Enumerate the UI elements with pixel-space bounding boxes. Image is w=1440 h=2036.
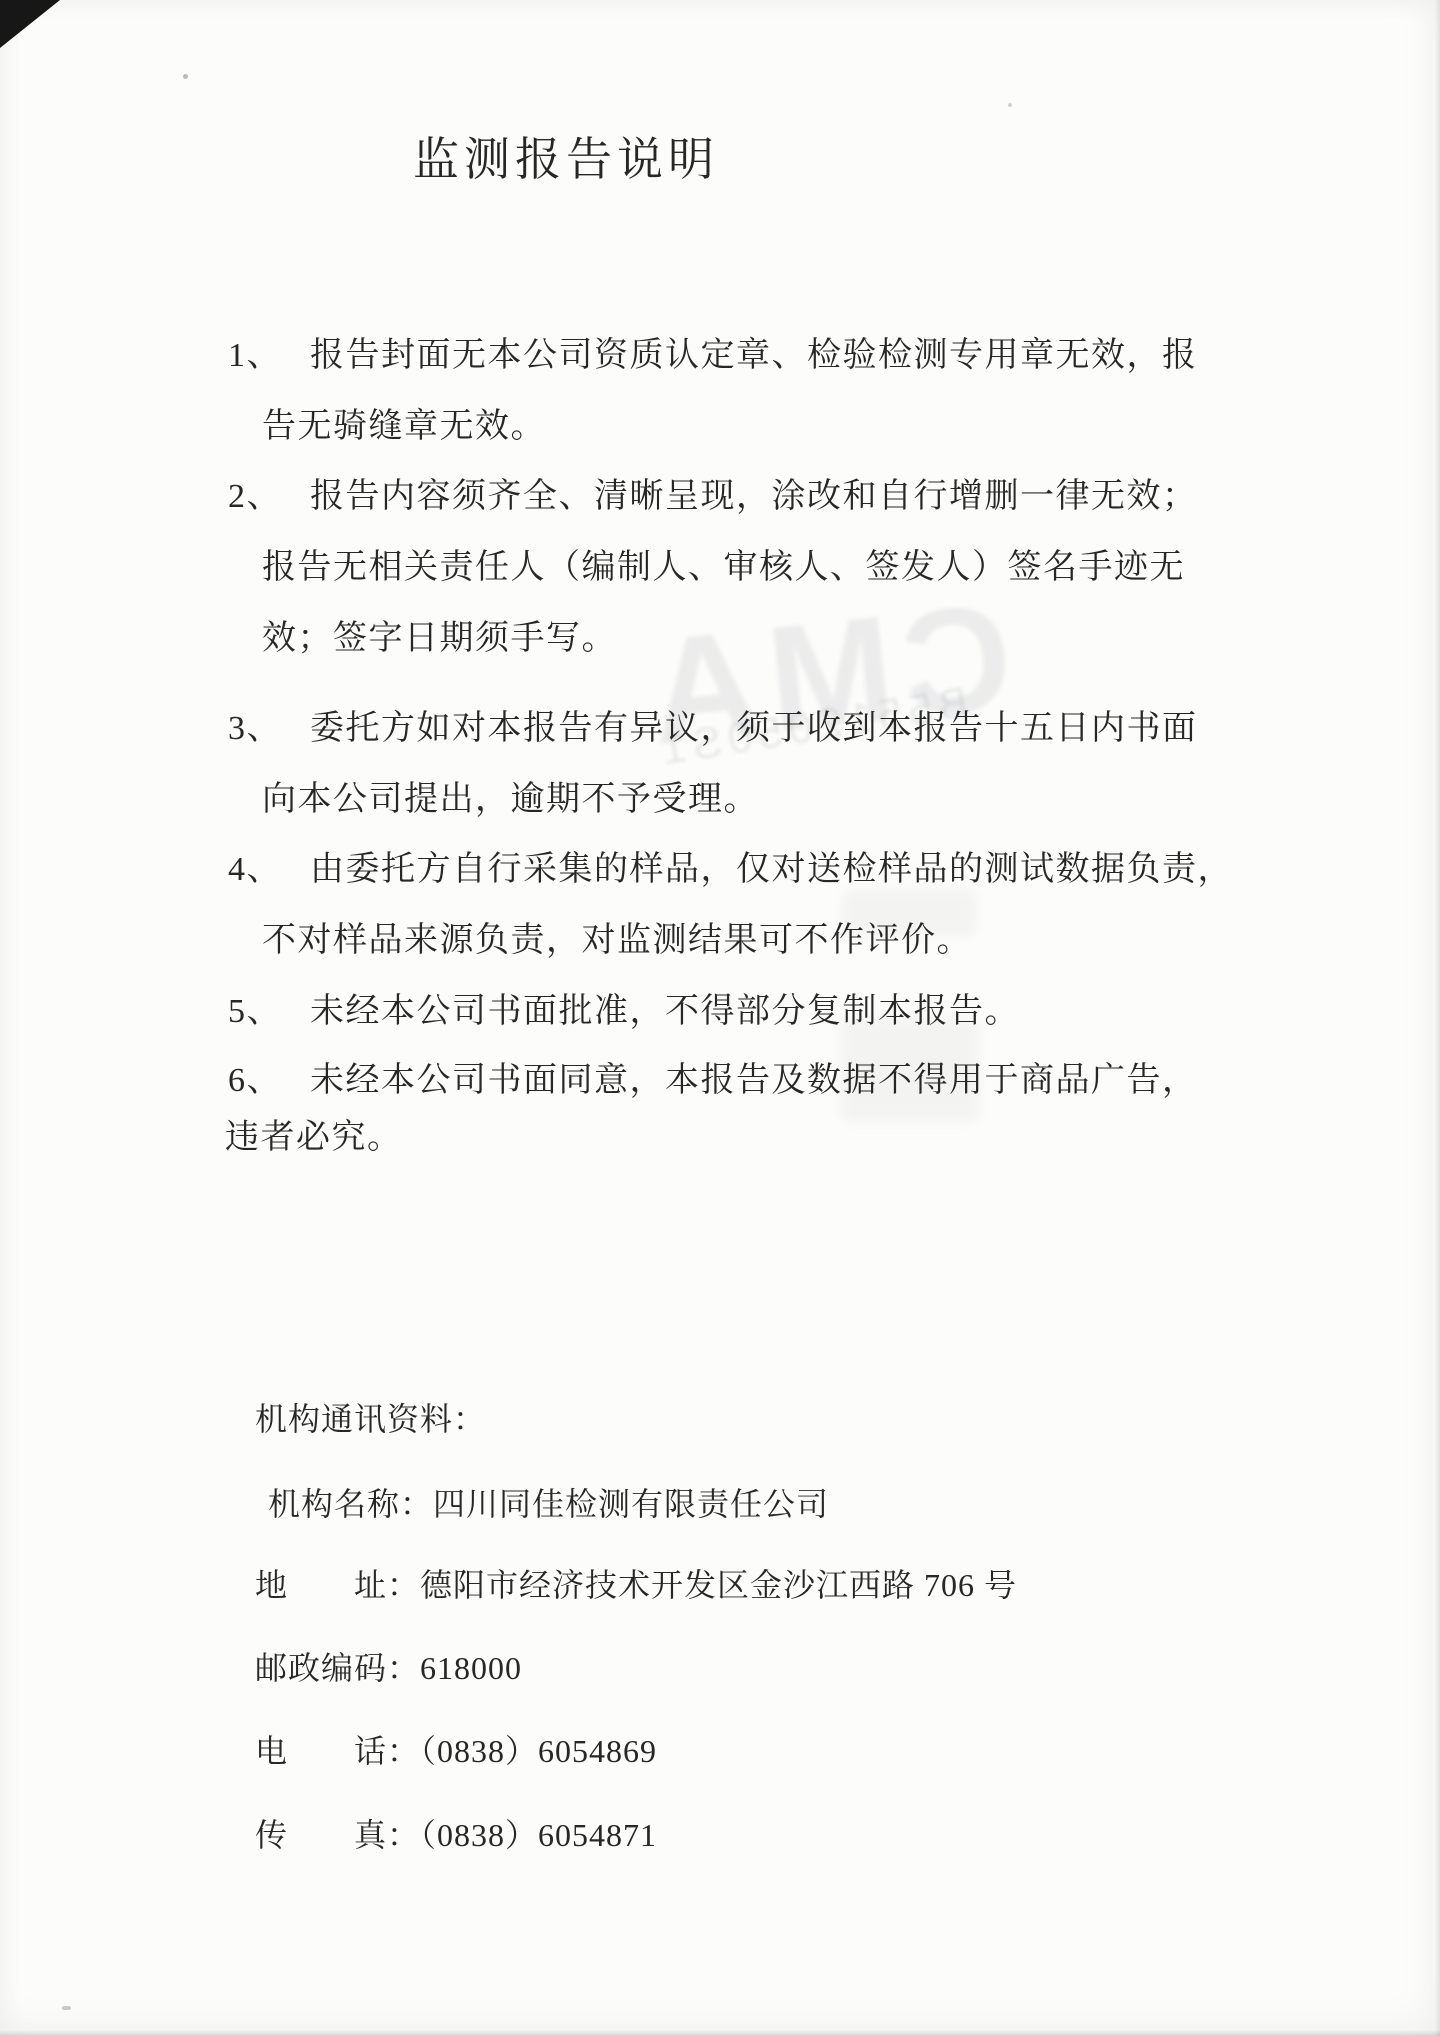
note-1-line-1: 1、报告封面无本公司资质认定章、检验检测专用章无效，报 [228,336,1198,376]
page-title: 监测报告说明 [0,132,1132,187]
note-3-line-2: 向本公司提出，逾期不予受理。 [262,780,759,820]
contact-value: （0838）6054871 [420,1817,657,1853]
contact-value: 四川同佳检测有限责任公司 [433,1486,829,1522]
note-4-line-2: 不对样品来源负责，对监测结果可不作评价。 [262,921,972,961]
note-5-number: 5、 [228,992,310,1032]
note-2-text: 效；签字日期须手写。 [262,620,617,657]
note-4-line-1: 4、由委托方自行采集的样品，仅对送检样品的测试数据负责， [228,850,1233,890]
scan-corner-artifact [0,0,60,48]
scan-edge-shadow [0,2030,1440,2036]
note-1-number: 1、 [228,336,310,376]
note-6-text: 违者必究。 [225,1119,403,1156]
contact-row-fax: 传 真：（0838）6054871 [255,1810,657,1856]
note-4-text: 由委托方自行采集的样品，仅对送检样品的测试数据负责， [310,851,1233,888]
note-1-text: 告无骑缝章无效。 [262,408,546,445]
contact-value: 德阳市经济技术开发区金沙江西路 706 号 [420,1567,1017,1603]
contact-value: 618000 [420,1650,522,1686]
note-2-line-2: 报告无相关责任人（编制人、审核人、签发人）签名手迹无 [262,548,1185,588]
note-1-line-2: 告无骑缝章无效。 [262,407,546,447]
contact-label: 传 真： [255,1817,420,1853]
contact-row-address: 地 址：德阳市经济技术开发区金沙江西路 706 号 [255,1560,1017,1606]
note-3-text: 向本公司提出，逾期不予受理。 [262,781,759,818]
contact-heading: 机构通讯资料： [255,1394,486,1440]
note-5-line-1: 5、未经本公司书面批准，不得部分复制本报告。 [228,992,1020,1032]
note-2-text: 报告内容须齐全、清晰呈现，涂改和自行增删一律无效； [310,478,1198,515]
note-2-text: 报告无相关责任人（编制人、审核人、签发人）签名手迹无 [262,549,1185,586]
contact-label: 电 话： [255,1733,420,1769]
paper-speck [1008,103,1012,107]
contact-row-phone: 电 话：（0838）6054869 [255,1726,657,1772]
contact-label: 地 址： [255,1567,420,1603]
note-3-text: 委托方如对本报告有异议，须于收到本报告十五日内书面 [310,710,1198,747]
paper-speck [62,2006,71,2010]
note-6-line-2: 违者必究。 [225,1118,403,1158]
note-3-number: 3、 [228,709,310,749]
contact-label: 机构名称： [268,1486,433,1522]
contact-value: （0838）6054869 [420,1733,657,1769]
note-1-text: 报告封面无本公司资质认定章、检验检测专用章无效，报 [310,337,1198,374]
document-page: CMA B5512050S1 监测报告说明 1、报告封面无本公司资质认定章、检验… [0,0,1440,2036]
note-3-line-1: 3、委托方如对本报告有异议，须于收到本报告十五日内书面 [228,709,1198,749]
contact-label: 邮政编码： [255,1650,420,1686]
note-2-line-3: 效；签字日期须手写。 [262,619,617,659]
note-4-text: 不对样品来源负责，对监测结果可不作评价。 [262,922,972,959]
contact-row-name: 机构名称：四川同佳检测有限责任公司 [268,1479,829,1525]
note-6-text: 未经本公司书面同意，本报告及数据不得用于商品广告， [310,1062,1198,1099]
note-6-line-1: 6、未经本公司书面同意，本报告及数据不得用于商品广告， [228,1061,1198,1101]
note-5-text: 未经本公司书面批准，不得部分复制本报告。 [310,993,1020,1030]
note-6-number: 6、 [228,1061,310,1101]
paper-speck [183,74,188,79]
note-4-number: 4、 [228,850,310,890]
scan-edge-shadow [1435,0,1440,2036]
note-2-line-1: 2、报告内容须齐全、清晰呈现，涂改和自行增删一律无效； [228,477,1198,517]
note-2-number: 2、 [228,477,310,517]
contact-row-postcode: 邮政编码：618000 [255,1643,522,1689]
